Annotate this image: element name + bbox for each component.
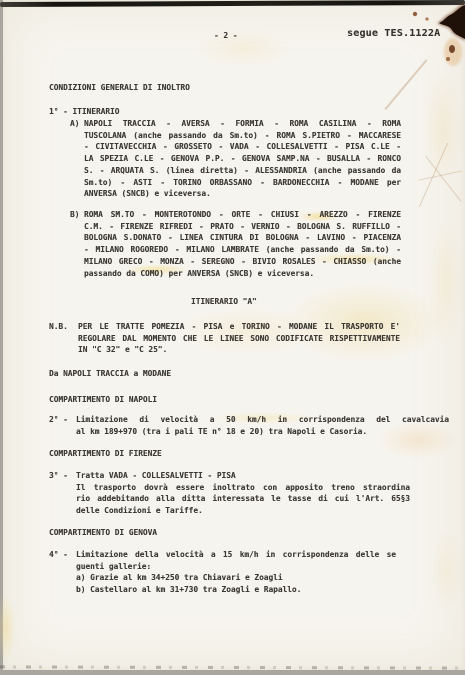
stain-bottom-left — [0, 585, 18, 670]
item-4-paragraph: Limitazione della velocità a 15 km/h in … — [76, 549, 396, 596]
crease-line — [418, 170, 462, 180]
compartimento-napoli-heading: COMPARTIMENTO DI NAPOLI — [49, 394, 157, 406]
compartimento-firenze-heading: COMPARTIMENTO DI FIRENZE — [49, 448, 162, 460]
route-note: Da NAPOLI TRACCIA a MODANE — [49, 368, 171, 380]
crease-line — [419, 143, 448, 207]
item-4-label: 4° - — [49, 549, 68, 561]
item-2-paragraph: Limitazione di velocità a 50 km/h in cor… — [76, 414, 449, 437]
nb-paragraph: PER LE TRATTE POMEZIA - PISA e TORINO - … — [78, 321, 400, 356]
burn-mark — [403, 0, 465, 80]
page-number: - 2 - — [214, 30, 237, 42]
itinerario-heading: 1° - ITINERARIO — [49, 106, 119, 118]
item-3-label: 3° - — [49, 470, 68, 482]
compartimento-genova-heading: COMPARTIMENTO DI GENOVA — [49, 527, 157, 539]
route-a-label: A) — [70, 118, 79, 130]
route-b-paragraph: ROMA SM.TO - MONTEROTONDO - ORTE - CHIUS… — [84, 209, 401, 279]
paper-sheet: - 2 - segue TES.1122A CONDIZIONI GENERAL… — [3, 0, 465, 670]
item-3-paragraph: Tratta VADA - COLLESALVETTI - PISAIl tra… — [76, 470, 410, 517]
stain-top-center — [181, 24, 306, 72]
route-b-label: B) — [70, 209, 79, 221]
scanned-document-page: { "page": { "number": "- 2 -", "continua… — [0, 0, 465, 675]
nb-label: N.B. — [49, 321, 68, 333]
stain-right-lower — [423, 515, 465, 625]
stain-right-column — [421, 195, 465, 370]
crease-line — [425, 156, 461, 202]
doc-title: CONDIZIONI GENERALI DI INOLTRO — [49, 82, 190, 94]
itinerario-a-heading: ITINERARIO "A" — [191, 296, 257, 308]
item-2-label: 2° - — [49, 414, 68, 426]
route-a-paragraph: NAPOLI TRACCIA - AVERSA - FORMIA - ROMA … — [84, 118, 401, 200]
